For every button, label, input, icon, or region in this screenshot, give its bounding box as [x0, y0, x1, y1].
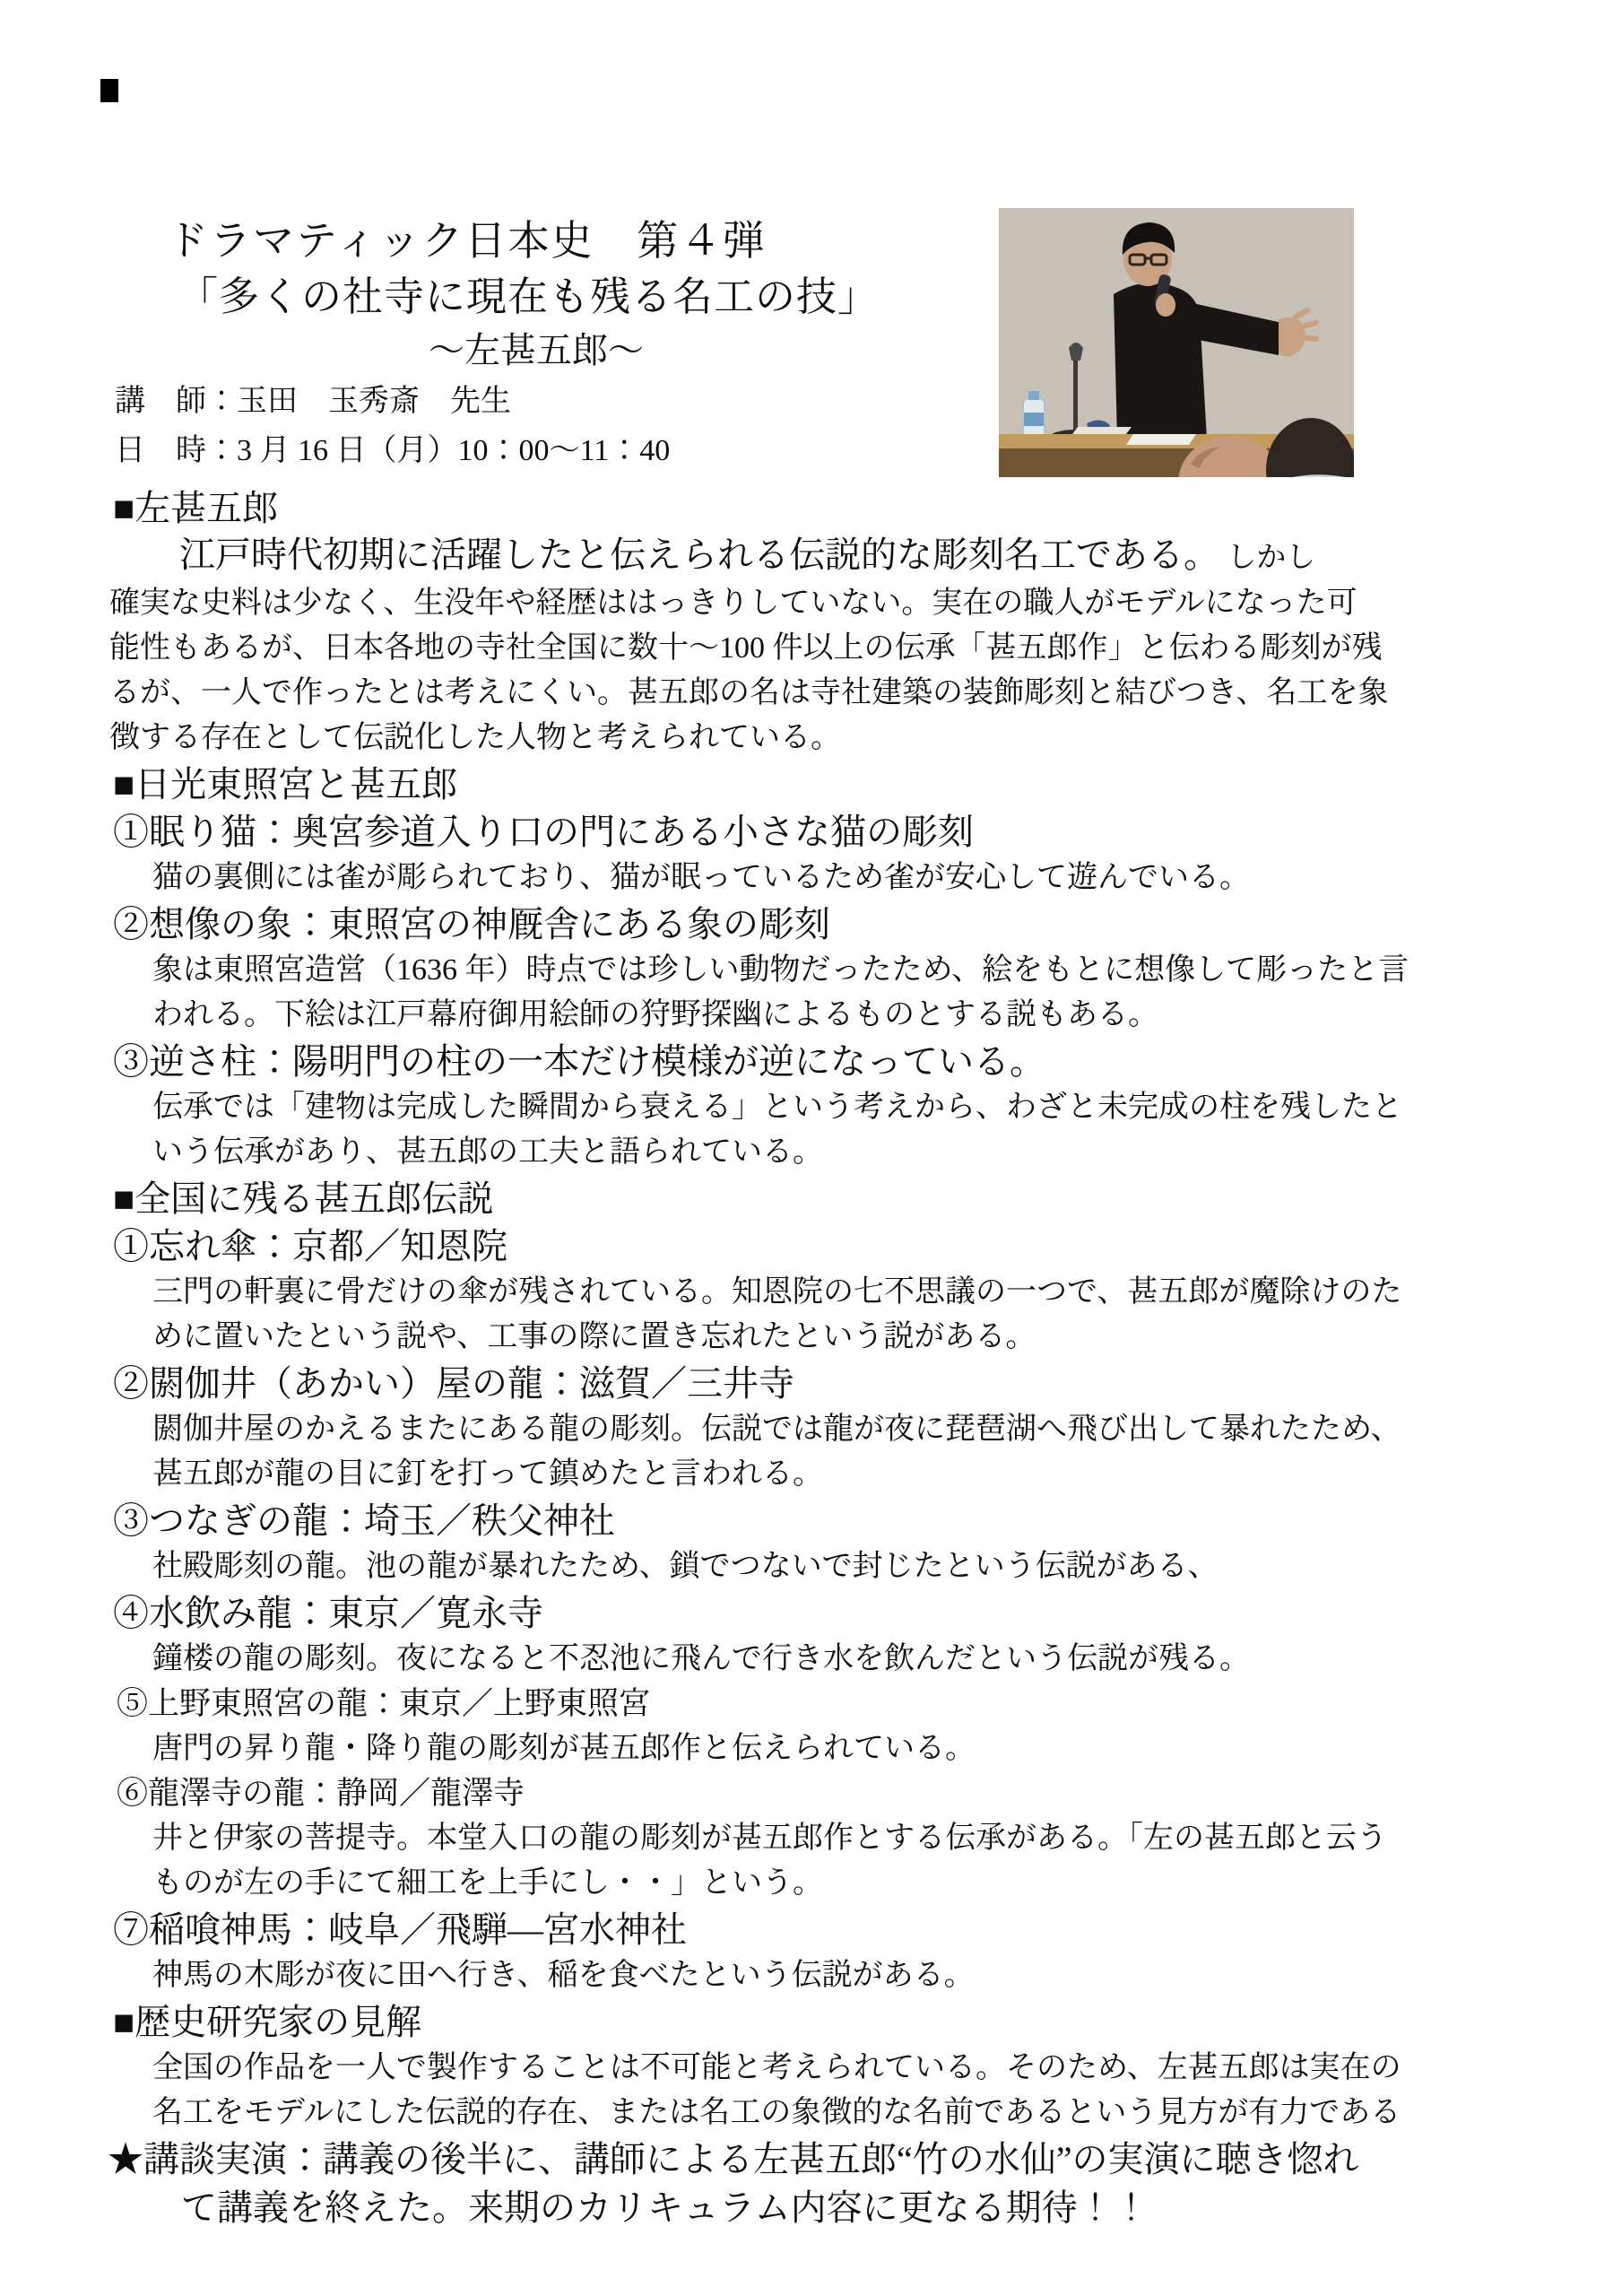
doc-line-detail: 猫の裏側には雀が彫られており、猫が眠っているため雀が安心して遊んでいる。 — [152, 856, 1622, 900]
doc-line-detail: 甚五郎が龍の目に釘を打って鎮めたと言われる。 — [152, 1452, 1622, 1497]
doc-line-star-cont: て講義を終えた。来期のカリキュラム内容に更なる期待！！ — [181, 2184, 1622, 2232]
doc-line-heading: ■歴史研究家の見解 — [113, 1998, 1622, 2046]
doc-line-detail: 閼伽井屋のかえるまたにある龍の彫刻。伝説では龍が夜に琵琶湖へ飛び出して暴れたため… — [152, 1407, 1622, 1452]
lecture-photo-graphic — [999, 208, 1354, 477]
doc-line-heading: ■左甚五郎 — [113, 484, 1622, 532]
doc-line-para: 確実な史料は少なく、生没年や経歴ははっきりしていない。実在の職人がモデルになった… — [109, 581, 1622, 626]
doc-line-lead: 江戸時代初期に活躍したと伝えられる伝説的な彫刻名工である。 しかし — [179, 532, 1622, 581]
doc-line-detail: 伝承では「建物は完成した瞬間から衰える」という考えから、わざと未完成の柱を残した… — [152, 1085, 1622, 1130]
doc-line-item-small: ⑥龍澤寺の龍：静岡／龍澤寺 — [117, 1771, 1622, 1816]
doc-line-detail: 三門の軒裏に骨だけの傘が残されている。知恩院の七不思議の一つで、甚五郎が魔除けの… — [152, 1270, 1622, 1315]
doc-line-detail: 名工をモデルにした伝説的存在、または名工の象徴的な名前であるという見方が有力であ… — [152, 2091, 1622, 2135]
doc-line-item: ②想像の象：東照宮の神厩舎にある象の彫刻 — [113, 900, 1622, 948]
lecturer-line: 講 師：玉田 玉秀斎 先生 — [115, 377, 1622, 426]
page-title: ドラマティック日本史 第４弾 — [167, 213, 1622, 269]
doc-line-item-small: ⑤上野東照宮の龍：東京／上野東照宮 — [117, 1682, 1622, 1726]
doc-line-para: るが、一人で作ったとは考えにくい。甚五郎の名は寺社建築の装飾彫刻と結びつき、名工… — [109, 671, 1622, 716]
page-subtitle: 「多くの社寺に現在も残る名工の技」 — [178, 269, 1622, 325]
doc-line-item: ②閼伽井（あかい）屋の龍：滋賀／三井寺 — [113, 1360, 1622, 1407]
doc-line-para: 能性もあるが、日本各地の寺社全国に数十～100 件以上の伝承「甚五郎作」と伝わる… — [109, 626, 1622, 671]
doc-line-detail: 象は東照宮造営（1636 年）時点では珍しい動物だったため、絵をもとに想像して彫… — [152, 948, 1622, 993]
doc-line-item: ③逆さ柱：陽明門の柱の一本だけ模様が逆になっている。 — [113, 1038, 1622, 1085]
document-header: ドラマティック日本史 第４弾 「多くの社寺に現在も残る名工の技」 ～左甚五郎～ … — [0, 0, 1622, 475]
doc-line-item: ①忘れ傘：京都／知恩院 — [113, 1222, 1622, 1270]
doc-line-item: ③つなぎの龍：埼玉／秩父神社 — [113, 1497, 1622, 1544]
doc-line-item: ④水飲み龍：東京／寛永寺 — [113, 1589, 1622, 1637]
lecture-photo — [999, 208, 1354, 477]
doc-line-detail: 全国の作品を一人で製作することは不可能と考えられている。そのため、左甚五郎は実在… — [152, 2046, 1622, 2091]
doc-line-item: ①眠り猫：奥宮参道入り口の門にある小さな猫の彫刻 — [113, 808, 1622, 856]
doc-line-heading: ■全国に残る甚五郎伝説 — [113, 1175, 1622, 1222]
doc-line-detail: われる。下絵は江戸幕府御用絵師の狩野探幽によるものとする説もある。 — [152, 993, 1622, 1038]
doc-line-star: ★講談実演：講義の後半に、講師による左甚五郎“竹の水仙”の実演に聴き惚れ — [108, 2135, 1622, 2184]
document-sections: ■左甚五郎江戸時代初期に活躍したと伝えられる伝説的な彫刻名工である。 しかし確実… — [0, 484, 1622, 2232]
doc-line-heading: ■日光東照宮と甚五郎 — [113, 761, 1622, 808]
doc-line-detail: 神馬の木彫が夜に田へ行き、稲を食べたという伝説がある。 — [152, 1953, 1622, 1998]
document-page: ドラマティック日本史 第４弾 「多くの社寺に現在も残る名工の技」 ～左甚五郎～ … — [0, 0, 1622, 2296]
doc-line-detail: いう伝承があり、甚五郎の工夫と語られている。 — [152, 1130, 1622, 1175]
lead-tail-text: しかし — [1219, 542, 1315, 574]
doc-line-detail: めに置いたという説や、工事の際に置き忘れたという説がある。 — [152, 1315, 1622, 1360]
doc-line-detail: 唐門の昇り龍・降り龍の彫刻が甚五郎作と伝えられている。 — [152, 1726, 1622, 1771]
datetime-line: 日 時：3 月 16 日（月）10：00～11：40 — [115, 426, 1622, 475]
doc-line-detail: 鐘楼の龍の彫刻。夜になると不忍池に飛んで行き水を飲んだという伝説が残る。 — [152, 1637, 1622, 1682]
doc-line-detail: 井と伊家の菩提寺。本堂入口の龍の彫刻が甚五郎作とする伝承がある。「左の甚五郎と云… — [152, 1816, 1622, 1861]
doc-line-detail: ものが左の手にて細工を上手にし・・」という。 — [152, 1861, 1622, 1906]
doc-line-para: 徴する存在として伝説化した人物と考えられている。 — [109, 716, 1622, 761]
doc-line-item: ⑦稲喰神馬：岐阜／飛騨―宮水神社 — [113, 1906, 1622, 1953]
doc-line-detail: 社殿彫刻の龍。池の龍が暴れたため、鎖でつないで封じたという伝説がある、 — [152, 1544, 1622, 1589]
lead-text: 江戸時代初期に活躍したと伝えられる伝説的な彫刻名工である。 — [179, 535, 1219, 575]
page-corner-mark — [100, 79, 118, 102]
